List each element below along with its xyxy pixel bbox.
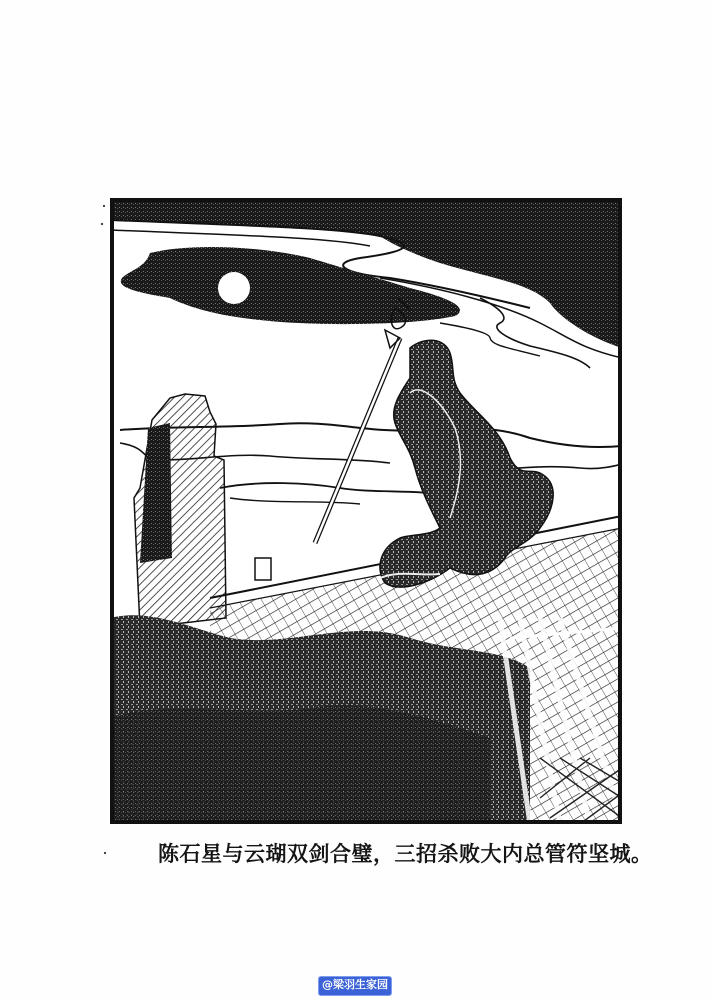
woodcut-illustration: [110, 198, 622, 824]
illustration: [110, 198, 622, 824]
scan-speck: [104, 852, 106, 854]
watermark: @梁羽生家园: [318, 976, 392, 996]
illustration-caption: 陈石星与云瑚双剑合璧，三招杀败大内总管符坚城。: [158, 838, 618, 868]
scan-speck: [103, 205, 105, 207]
book-page: 陈石星与云瑚双剑合璧，三招杀败大内总管符坚城。 @梁羽生家园: [0, 0, 710, 999]
chimney: [255, 558, 271, 580]
moon: [218, 272, 250, 304]
scan-speck: [101, 223, 103, 225]
